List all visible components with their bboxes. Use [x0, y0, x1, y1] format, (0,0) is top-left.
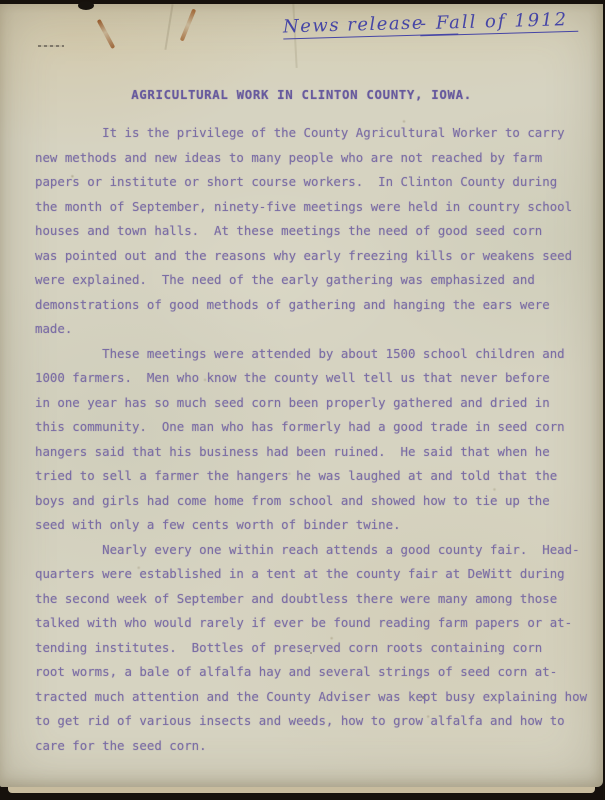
handwritten-date-label: - Fall of 1912 — [420, 9, 579, 36]
scan-edge-artifact — [78, 1, 94, 10]
scan-backdrop: News release - Fall of 1912 AGRICULTURAL… — [0, 0, 605, 800]
document-body-text: It is the privilege of the County Agricu… — [35, 121, 595, 758]
document-title: AGRICULTURAL WORK IN CLINTON COUNTY, IOW… — [0, 87, 603, 102]
handwritten-annotation: News release - Fall of 1912 — [0, 10, 603, 46]
document-page: News release - Fall of 1912 AGRICULTURAL… — [0, 4, 603, 787]
